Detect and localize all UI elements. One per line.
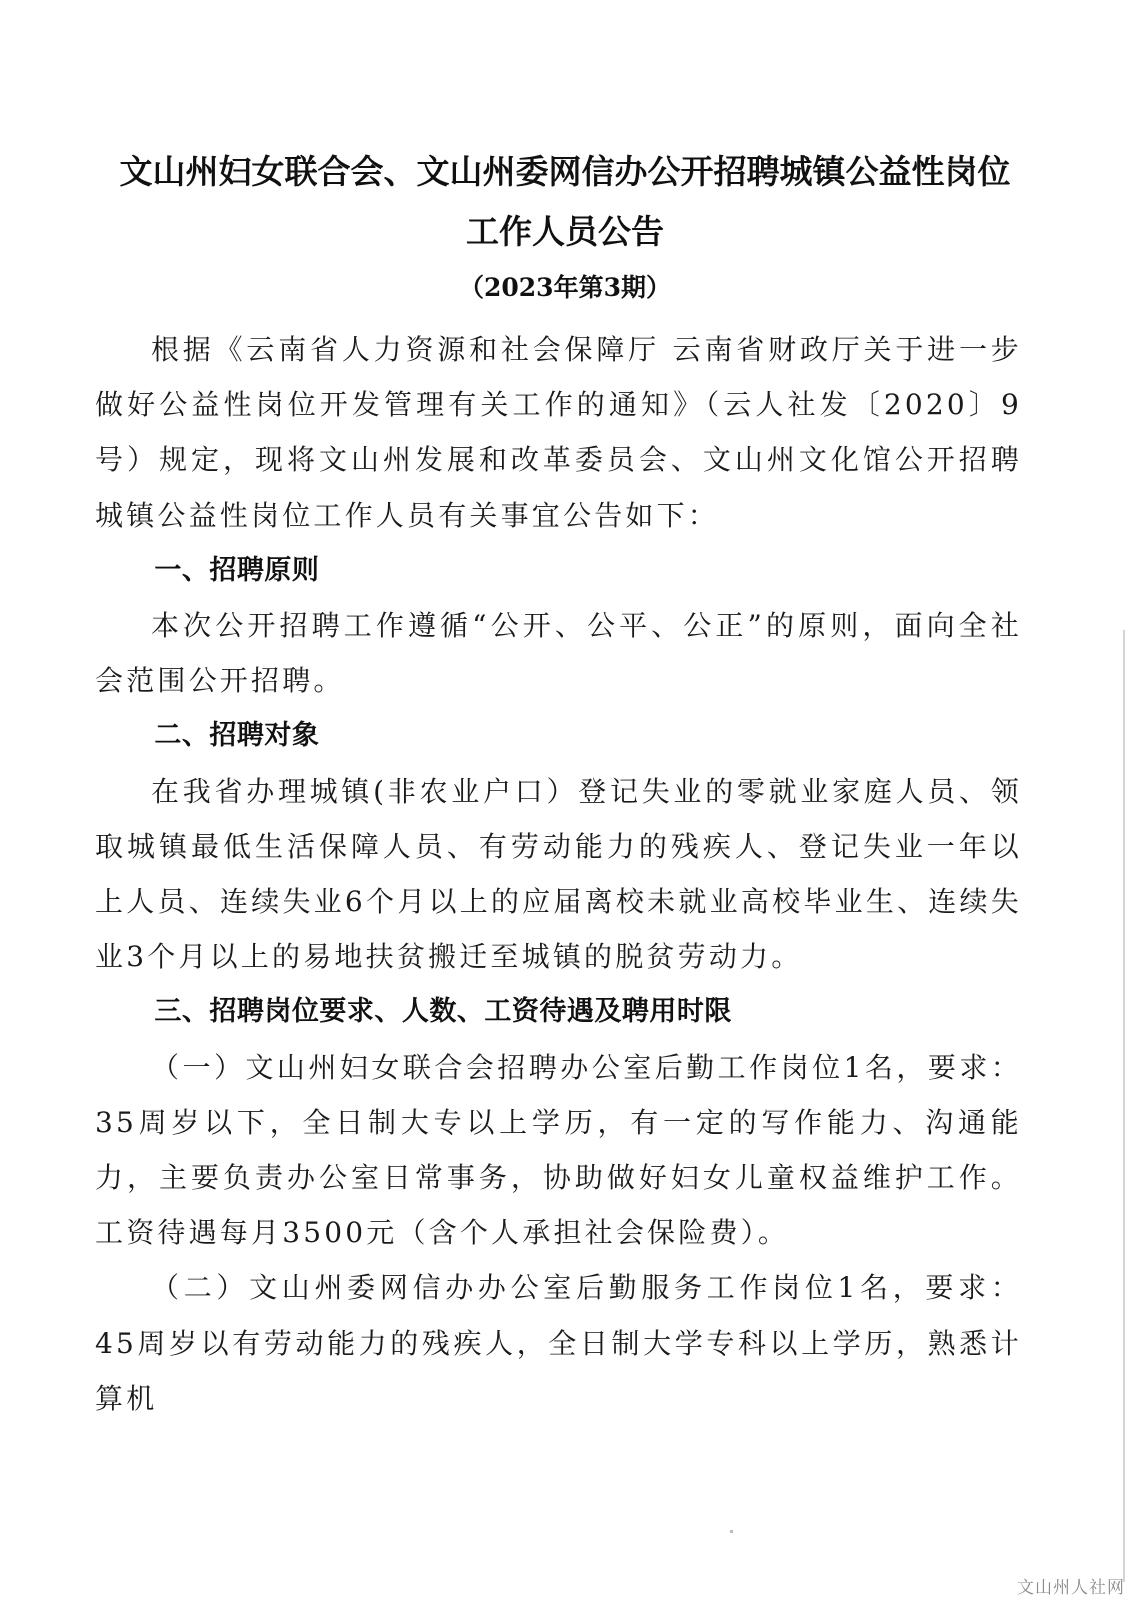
position-2-paragraph: （二）文山州委网信办办公室后勤服务工作岗位1名，要求：45周岁以有劳动能力的残疾… xyxy=(95,1260,1022,1426)
section-heading-targets: 二、招聘对象 xyxy=(95,708,1022,763)
document-page: 文山州妇女联合会、文山州委网信办公开招聘城镇公益性岗位 工作人员公告 （2023… xyxy=(0,0,1131,1600)
document-body: 根据《云南省人力资源和社会保障厅 云南省财政厅关于进一步做好公益性岗位开发管理有… xyxy=(95,322,1022,1426)
site-watermark: 文山州人社网 xyxy=(1017,1573,1125,1598)
intro-paragraph: 根据《云南省人力资源和社会保障厅 云南省财政厅关于进一步做好公益性岗位开发管理有… xyxy=(95,322,1022,543)
document-title-line1: 文山州妇女联合会、文山州委网信办公开招聘城镇公益性岗位 xyxy=(90,146,1040,193)
section-heading-positions: 三、招聘岗位要求、人数、工资待遇及聘用时限 xyxy=(95,984,1022,1039)
section-heading-principles: 一、招聘原则 xyxy=(95,543,1022,598)
targets-paragraph: 在我省办理城镇(非农业户口）登记失业的零就业家庭人员、领取城镇最低生活保障人员、… xyxy=(95,764,1022,985)
scan-speck xyxy=(730,1530,733,1533)
issue-number: （2023年第3期） xyxy=(90,268,1040,304)
document-title-line2: 工作人员公告 xyxy=(90,206,1040,253)
position-1-paragraph: （一）文山州妇女联合会招聘办公室后勤工作岗位1名，要求：35周岁以下，全日制大专… xyxy=(95,1040,1022,1261)
principles-paragraph: 本次公开招聘工作遵循“公开、公平、公正”的原则，面向全社会范围公开招聘。 xyxy=(95,598,1022,708)
scan-edge-line xyxy=(1123,630,1125,1582)
